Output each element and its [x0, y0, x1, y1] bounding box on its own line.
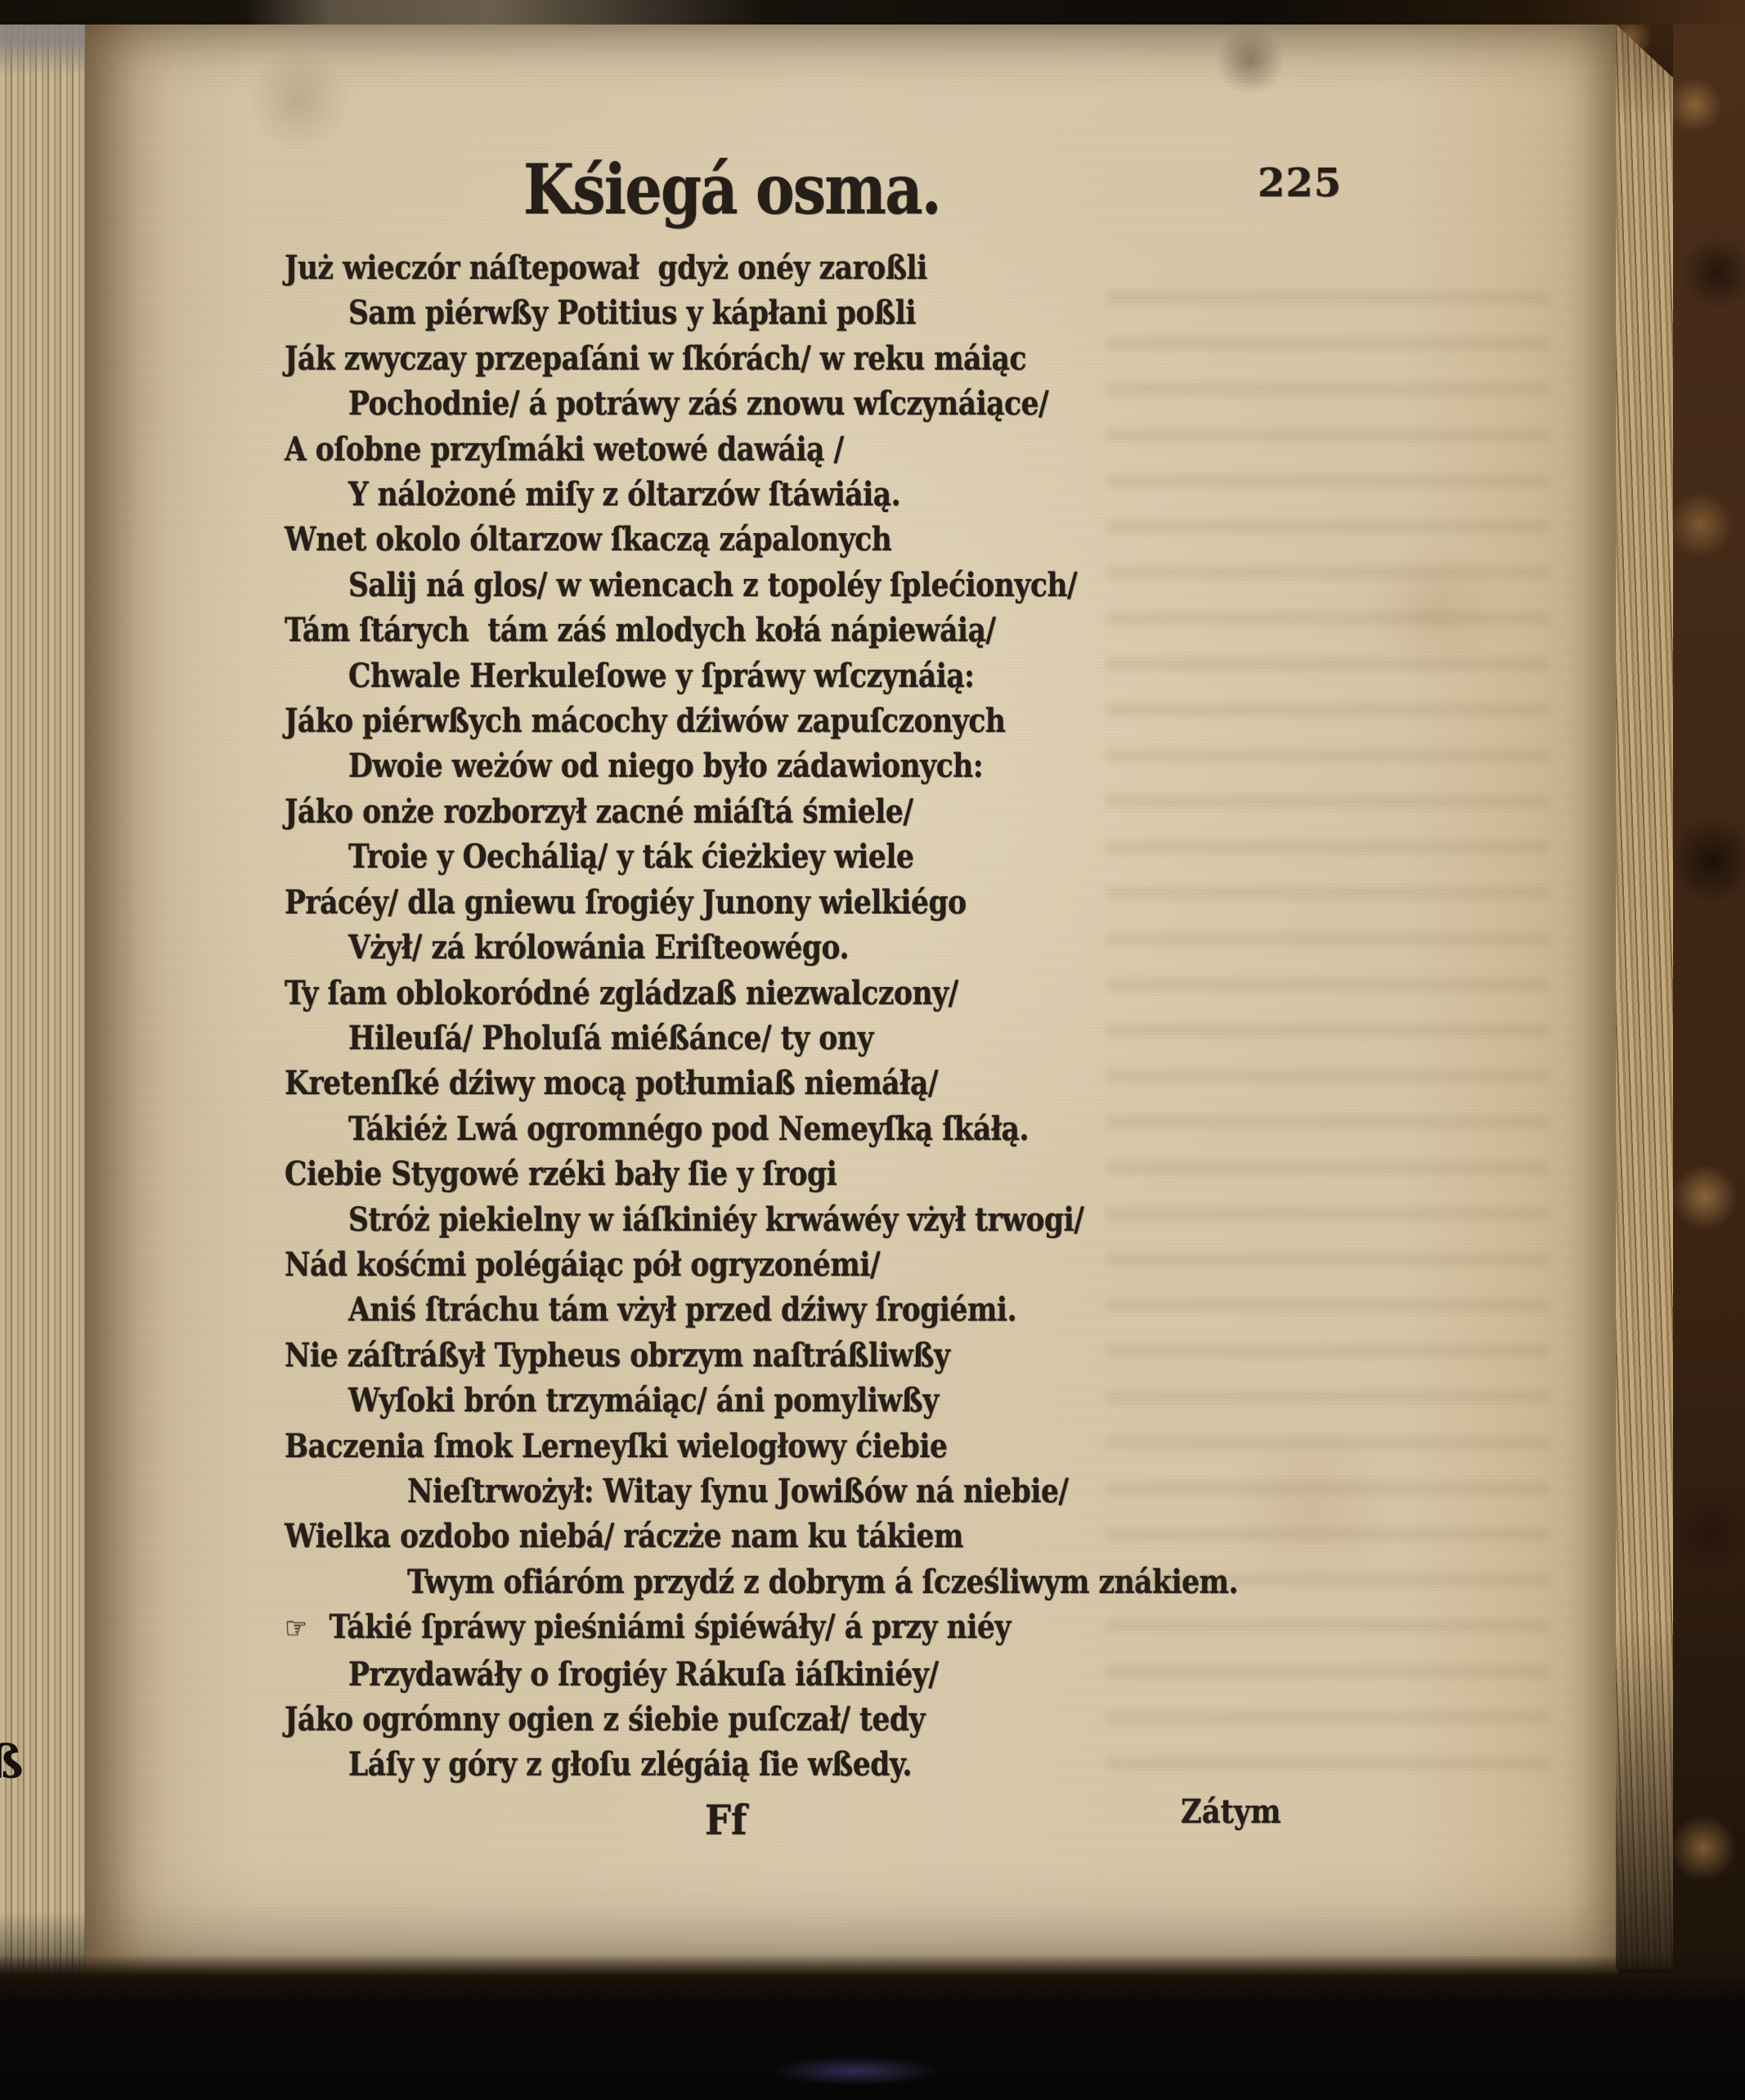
manicule-icon: ☞ [285, 1612, 329, 1645]
verse-line-text: Nád kośćmi polégáiąc pół ogryzonémi/ [285, 1245, 880, 1284]
verse-line-text: Tám ſtárych tám záś mlodych kołá nápiewá… [285, 611, 996, 649]
verse-line-text: Nieſtrwożył: Witay ſynu Jowißów ná niebi… [407, 1472, 1069, 1510]
verse-line: Wnet okolo óltarzow ſkaczą zápalonych [285, 517, 1269, 562]
verse-line: Stróż piekielny w iáſkiniéy krwáwéy vżył… [348, 1197, 1278, 1242]
verse-line: Dwoie weżów od niego było zádawionych: [348, 743, 1278, 788]
chapter-heading: Kśiegá osma. [523, 149, 940, 230]
verse-line: Troie y Oechálią/ y ták ćieżkiey wiele [348, 834, 1278, 879]
verse-line: Jáko ogrómny ogien z śiebie puſczał/ ted… [285, 1697, 1269, 1742]
verse-line: Jáko onże rozborzył zacné miáſtá śmiele/ [285, 789, 1269, 834]
verse-line: Vżył/ zá królowánia Eriſteowégo. [348, 925, 1278, 970]
page-number: 225 [1258, 160, 1342, 206]
fore-edge-page-block [1616, 20, 1676, 1969]
verse-line: Hileuſá/ Pholuſá miéßánce/ ty ony [348, 1016, 1278, 1061]
verse-line: Twym ofiáróm przydź z dobrym á ſcześliwy… [407, 1559, 1286, 1604]
verse-line-text: A oſobne przyſmáki wetowé dawáią / [285, 430, 844, 469]
verse-line: Ciebie Stygowé rzéki bały ſie y ſrogi [285, 1151, 1269, 1196]
verse-line-text: Ják zwyczay przepaſáni w ſkórách/ w reku… [285, 339, 1026, 378]
verse-line: Ják zwyczay przepaſáni w ſkórách/ w reku… [285, 336, 1269, 381]
verse-line-text: Dwoie weżów od niego było zádawionych: [348, 747, 983, 785]
verse-line-text: Aniś ſtráchu tám vżył przed dźiwy ſrogié… [348, 1290, 1016, 1329]
verse-line-text: Pochodnie/ á potráwy záś znowu wſczynáią… [348, 384, 1048, 423]
verse-line-text: Nie záſtráßył Typheus obrzym naſtráßliwß… [285, 1336, 950, 1375]
verse-line: Już wieczór náſtepował gdyż onéy zaroßli [285, 245, 1269, 290]
verse-line-text: Wnet okolo óltarzow ſkaczą zápalonych [285, 520, 891, 559]
verse-line-text: Tákiéż Lwá ogromnégo pod Nemeyſką ſkáłą. [348, 1110, 1029, 1148]
verse-line-text: Vżył/ zá królowánia Eriſteowégo. [348, 928, 849, 967]
verse-line-text: Kretenſké dźiwy mocą potłumiaß niemáłą/ [285, 1064, 938, 1102]
verse-line-text: Hileuſá/ Pholuſá miéßánce/ ty ony [348, 1019, 873, 1057]
verse-line-text: Już wieczór náſtepował gdyż onéy zaroßli [285, 249, 927, 287]
verse-line: Kretenſké dźiwy mocą potłumiaß niemáłą/ [285, 1061, 1269, 1106]
verse-line-text: Jáko ogrómny ogien z śiebie puſczał/ ted… [285, 1700, 925, 1739]
catchword: Zátym [1181, 1793, 1281, 1831]
verse-line-text: Y nálożoné miſy z óltarzów ſtáwiáią. [348, 475, 900, 514]
binding-bottom-edge [0, 1954, 1745, 2100]
verse-line: Przydawáły o ſrogiéy Rákuſa iáſkiniéy/ [348, 1652, 1278, 1697]
signature-mark: Ff [705, 1796, 747, 1844]
verse-line-text: Ciebie Stygowé rzéki bały ſie y ſrogi [285, 1155, 837, 1193]
verse-block: Już wieczór náſtepował gdyż onéy zaroßli… [285, 245, 1429, 1788]
verse-line-text: Sam piérwßy Potitius y kápłani poßli [348, 294, 916, 332]
facing-page-text-fragment: ß [0, 1735, 24, 1789]
verse-line-text: Láſy y góry z głoſu zlégáią ſie wßedy. [348, 1745, 912, 1784]
verse-line-text: Ty ſam oblokoródné zgládzaß niezwalczony… [285, 974, 958, 1012]
verse-line-text: Stróż piekielny w iáſkiniéy krwáwéy vżył… [348, 1200, 1083, 1239]
verse-line: Wyſoki brón trzymáiąc/ áni pomyliwßy [348, 1378, 1278, 1423]
verse-line: Y nálożoné miſy z óltarzów ſtáwiáią. [348, 472, 1278, 517]
scanned-book-page: Kśiegá osma. 225 Już wieczór náſtepował … [0, 0, 1745, 2100]
verse-line: Salij ná glos/ w wiencach z topoléy ſple… [348, 563, 1278, 608]
verse-line-text: Prácéy/ dla gniewu ſrogiéy Junony wielki… [285, 883, 967, 922]
verse-line-text: Baczenia ſmok Lerneyſki wielogłowy ćiebi… [285, 1427, 947, 1465]
verse-line: Nie záſtráßył Typheus obrzym naſtráßliwß… [285, 1333, 1269, 1378]
verse-line: Prácéy/ dla gniewu ſrogiéy Junony wielki… [285, 880, 1269, 925]
verse-line-text: Jáko onże rozborzył zacné miáſtá śmiele/ [285, 792, 913, 831]
verse-line-text: Przydawáły o ſrogiéy Rákuſa iáſkiniéy/ [348, 1655, 939, 1694]
verse-line-text: Jáko piérwßych mácochy dźiwów zapuſczony… [285, 702, 1005, 740]
verse-line-text: Tákié ſpráwy pieśniámi śpiéwáły/ á przy … [329, 1608, 1010, 1646]
verse-line: Nád kośćmi polégáiąc pół ogryzonémi/ [285, 1242, 1269, 1287]
book-top-edge [0, 0, 1745, 25]
verse-line-text: Twym ofiáróm przydź z dobrym á ſcześliwy… [407, 1563, 1238, 1601]
verse-line-text: Troie y Oechálią/ y ták ćieżkiey wiele [348, 837, 913, 876]
verse-line: Láſy y góry z głoſu zlégáią ſie wßedy. [348, 1742, 1278, 1787]
verse-line: Nieſtrwożył: Witay ſynu Jowißów ná niebi… [407, 1469, 1286, 1514]
verse-line: Tám ſtárych tám záś mlodych kołá nápiewá… [285, 608, 1269, 653]
verse-line: Sam piérwßy Potitius y kápłani poßli [348, 290, 1278, 335]
verse-line: Tákiéż Lwá ogromnégo pod Nemeyſką ſkáłą. [348, 1106, 1278, 1151]
verse-line: Ty ſam oblokoródné zgládzaß niezwalczony… [285, 971, 1269, 1016]
verse-line-text: Wielka ozdobo niebá/ ráczże nam ku tákie… [285, 1517, 963, 1555]
marbled-binding-board [1673, 0, 1745, 2100]
verse-line: Pochodnie/ á potráwy záś znowu wſczynáią… [348, 381, 1278, 426]
verse-line: Wielka ozdobo niebá/ ráczże nam ku tákie… [285, 1514, 1269, 1559]
verse-line: Jáko piérwßych mácochy dźiwów zapuſczony… [285, 698, 1269, 743]
verse-line-text: Wyſoki brón trzymáiąc/ áni pomyliwßy [348, 1381, 939, 1420]
verse-line: Chwale Herkuleſowe y ſpráwy wſczynáią: [348, 653, 1278, 698]
verse-line: Aniś ſtráchu tám vżył przed dźiwy ſrogié… [348, 1287, 1278, 1332]
verse-line-text: Chwale Herkuleſowe y ſpráwy wſczynáią: [348, 657, 974, 695]
verse-line: Baczenia ſmok Lerneyſki wielogłowy ćiebi… [285, 1424, 1269, 1469]
verse-line-text: Salij ná glos/ w wiencach z topoléy ſple… [348, 566, 1077, 604]
verse-line: ☞ Tákié ſpráwy pieśniámi śpiéwáły/ á prz… [285, 1604, 1269, 1651]
verse-line: A oſobne przyſmáki wetowé dawáią / [285, 427, 1269, 472]
